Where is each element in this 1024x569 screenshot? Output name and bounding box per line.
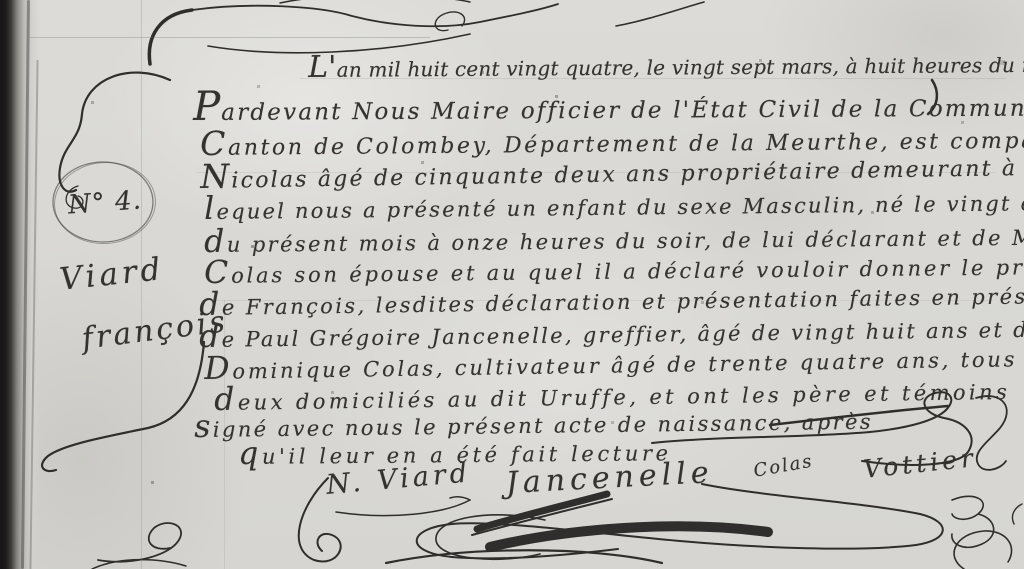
register-page-scan: N° 4. Viard françois L'an mil huit cent … — [0, 0, 1024, 569]
act-number: N° 4. — [67, 185, 143, 220]
flourish-francois-sweep — [42, 342, 204, 471]
flourish-bottom-left — [92, 478, 341, 569]
faint-rule-line — [30, 37, 430, 38]
text-line-1: L'an mil huit cent vingt quatre, le ving… — [308, 45, 1024, 85]
flourish-vottier-paraph — [952, 496, 994, 547]
ink-specks — [0, 0, 1, 1]
